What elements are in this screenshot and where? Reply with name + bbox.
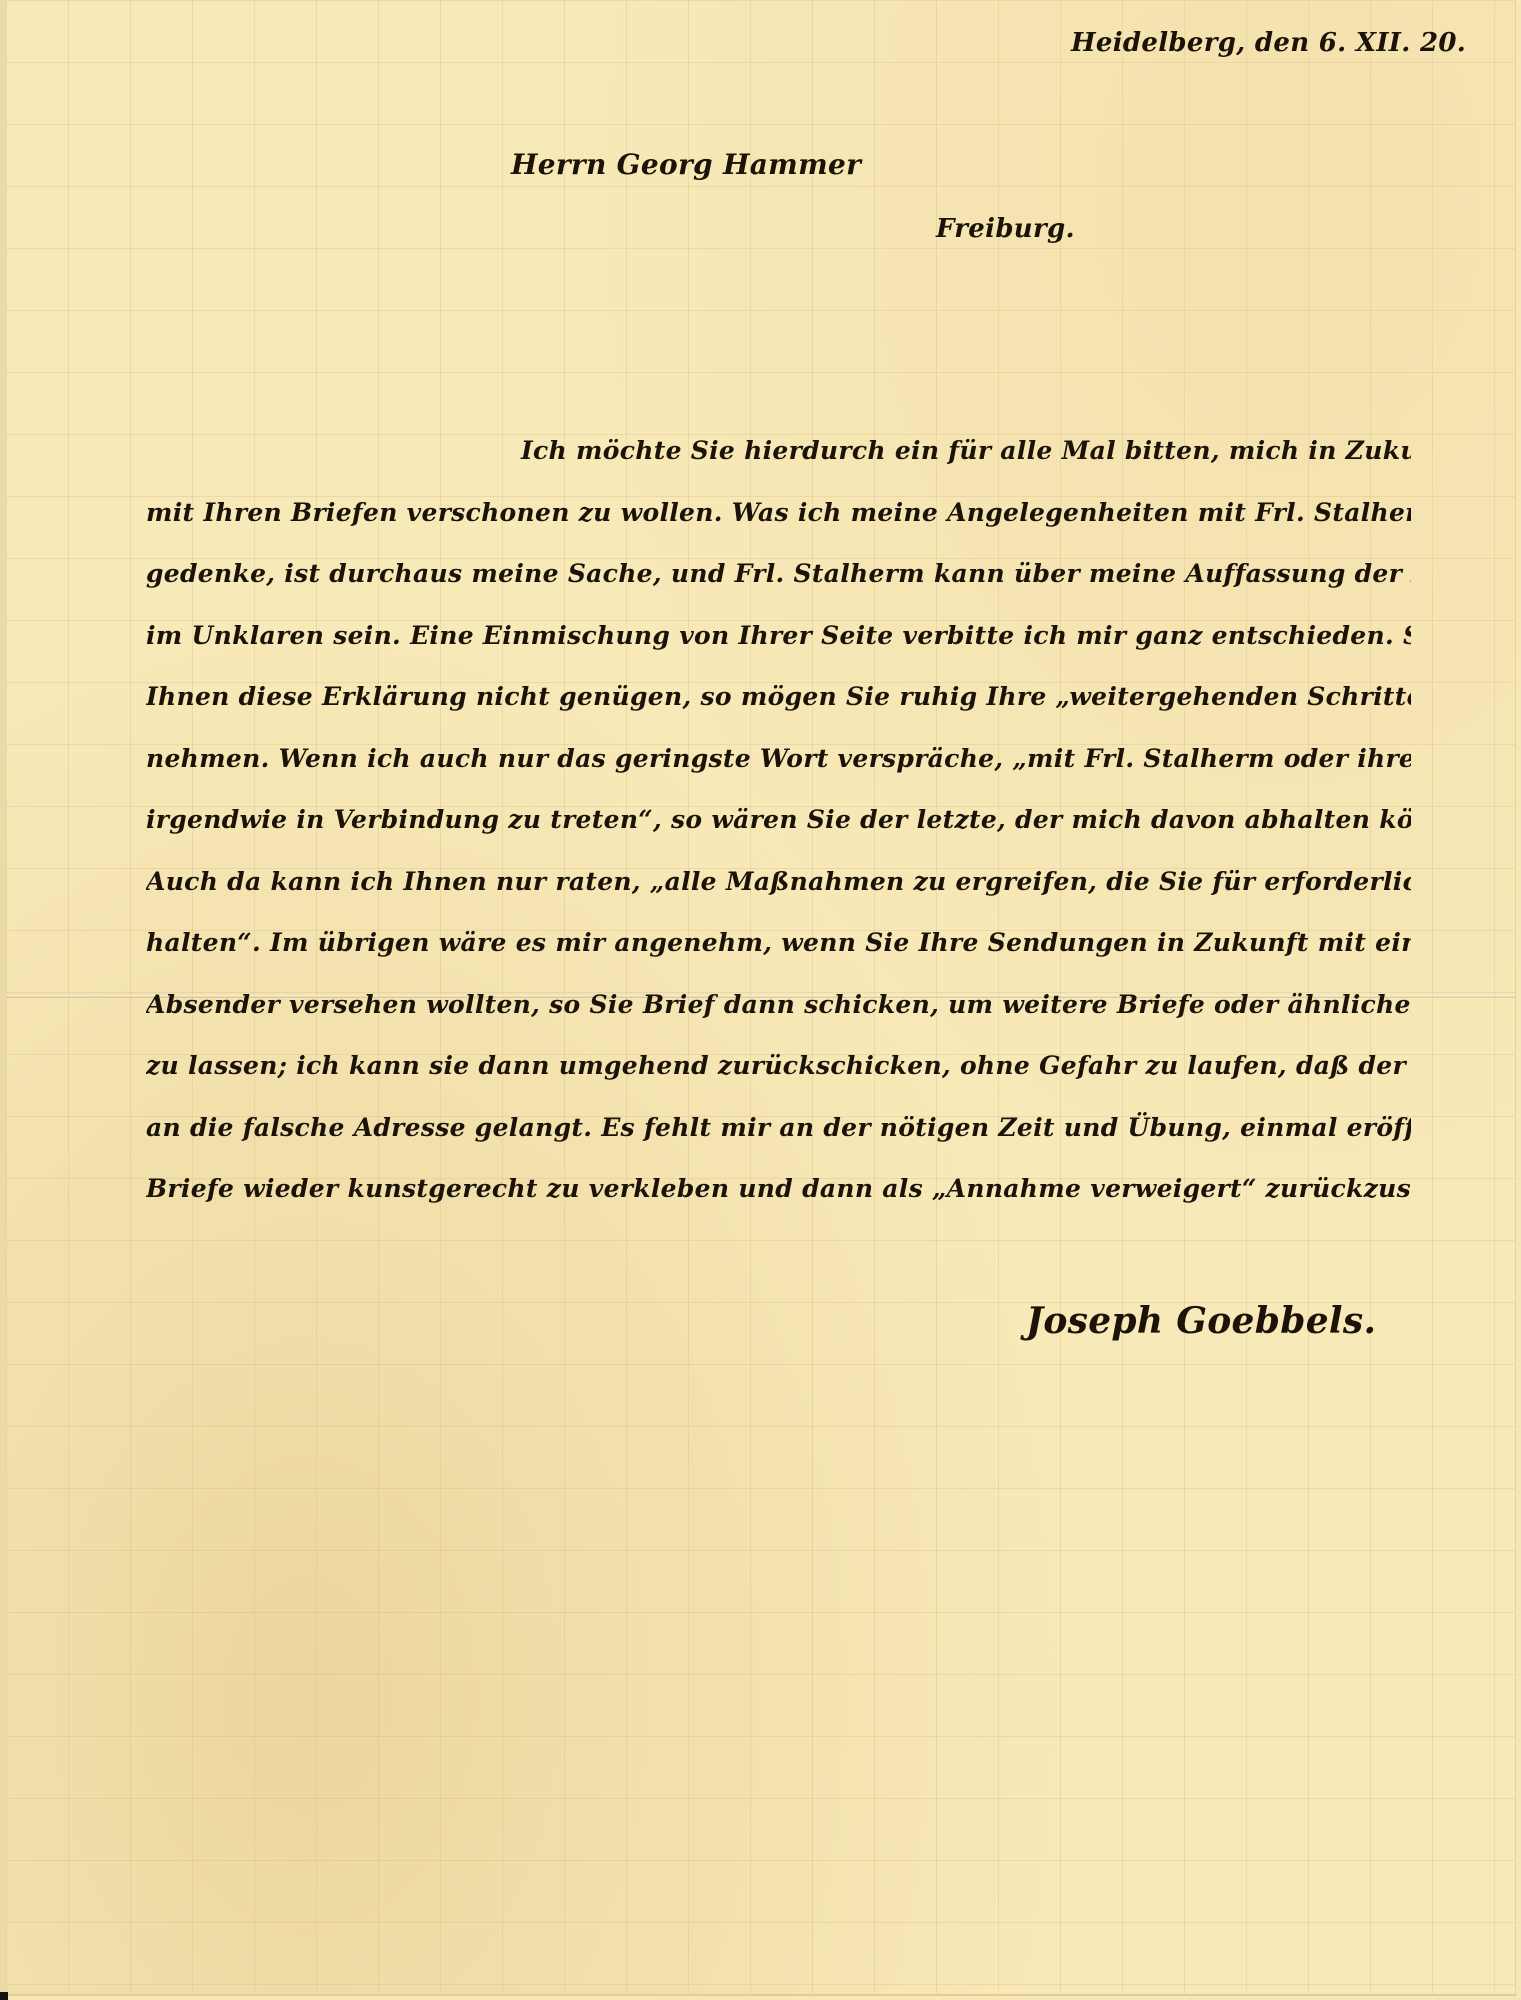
letter-body-line: gedenke, ist durchaus meine Sache, und F…	[146, 543, 1411, 605]
letter-body-line: halten“. Im übrigen wäre es mir angenehm…	[146, 912, 1411, 974]
letter-body-line: irgendwie in Verbindung zu treten“, so w…	[146, 789, 1411, 851]
letter-body-line: Ihnen diese Erklärung nicht genügen, so …	[146, 666, 1411, 728]
letter-paper: Heidelberg, den 6. XII. 20. Herrn Georg …	[6, 0, 1516, 1996]
letter-body: Ich möchte Sie hierdurch ein für alle Ma…	[146, 420, 1411, 1220]
letter-body-line: Briefe wieder kunstgerecht zu verkleben …	[146, 1158, 1411, 1220]
letter-body-line: im Unklaren sein. Eine Einmischung von I…	[146, 605, 1411, 667]
scan-corner-artifact	[0, 1992, 8, 2000]
letter-body-line: nehmen. Wenn ich auch nur das geringste …	[146, 728, 1411, 790]
letter-body-line: an die falsche Adresse gelangt. Es fehlt…	[146, 1097, 1411, 1159]
letter-body-line: Auch da kann ich Ihnen nur raten, „alle …	[146, 851, 1411, 913]
letter-dateline: Heidelberg, den 6. XII. 20.	[1071, 28, 1466, 58]
letter-addressee-city: Freiburg.	[936, 214, 1075, 244]
letter-body-line: mit Ihren Briefen verschonen zu wollen. …	[146, 482, 1411, 544]
letter-addressee: Herrn Georg Hammer	[511, 148, 861, 181]
letter-body-line: Ich möchte Sie hierdurch ein für alle Ma…	[146, 420, 1411, 482]
letter-body-line: Absender versehen wollten, so Sie Brief …	[146, 974, 1411, 1036]
paper-left-edge	[0, 0, 6, 2000]
letter-body-line: zu lassen; ich kann sie dann umgehend zu…	[146, 1035, 1411, 1097]
letter-signature: Joseph Goebbels.	[1026, 1300, 1376, 1342]
